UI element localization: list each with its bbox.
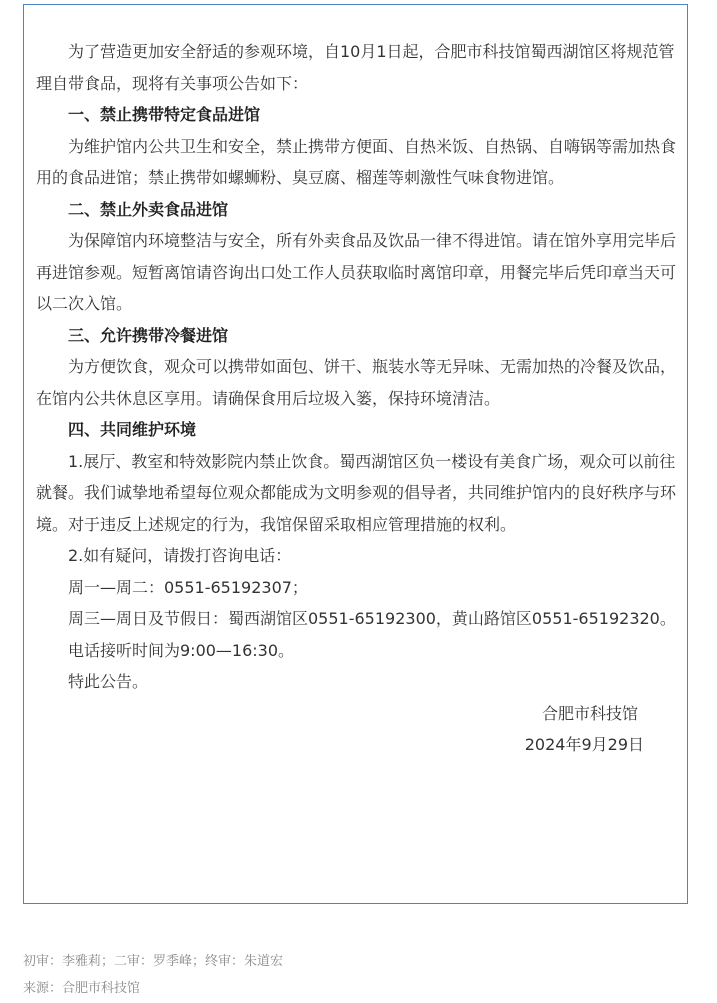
contact-weekday-phone: 周一—周二：0551-65192307；: [36, 572, 678, 604]
article-footer: 初审：李雅莉；二审：罗季峰；终审：朱道宏 来源：合肥市科技馆: [23, 948, 283, 1002]
section-body-3: 为方便饮食，观众可以携带如面包、饼干、瓶装水等无异味、无需加热的冷餐及饮品，在馆…: [36, 351, 678, 414]
notice-content: 为了营造更加安全舒适的参观环境，自10月1日起，合肥市科技馆蜀西湖馆区将规范管理…: [36, 36, 678, 761]
closing-line: 特此公告。: [36, 666, 678, 698]
contact-weekend-phone: 周三—周日及节假日：蜀西湖馆区0551-65192300，黄山路馆区0551-6…: [36, 603, 678, 635]
contact-intro: 2.如有疑问，请拨打咨询电话：: [36, 540, 678, 572]
section-body-4: 1.展厅、教室和特效影院内禁止饮食。蜀西湖馆区负一楼设有美食广场，观众可以前往就…: [36, 446, 678, 541]
section-heading-4: 四、共同维护环境: [36, 414, 678, 446]
section-heading-3: 三、允许携带冷餐进馆: [36, 320, 678, 352]
signature-date: 2024年9月29日: [36, 729, 678, 761]
signature-org: 合肥市科技馆: [36, 698, 678, 730]
section-body-2: 为保障馆内环境整洁与安全，所有外卖食品及饮品一律不得进馆。请在馆外享用完毕后再进…: [36, 225, 678, 320]
contact-hours: 电话接听时间为9:00—16:30。: [36, 635, 678, 667]
source-line: 来源：合肥市科技馆: [23, 975, 283, 1002]
section-body-1: 为维护馆内公共卫生和安全，禁止携带方便面、自热米饭、自热锅、自嗨锅等需加热食用的…: [36, 131, 678, 194]
reviewers-line: 初审：李雅莉；二审：罗季峰；终审：朱道宏: [23, 948, 283, 975]
section-heading-2: 二、禁止外卖食品进馆: [36, 194, 678, 226]
intro-paragraph: 为了营造更加安全舒适的参观环境，自10月1日起，合肥市科技馆蜀西湖馆区将规范管理…: [36, 36, 678, 99]
section-heading-1: 一、禁止携带特定食品进馆: [36, 99, 678, 131]
notice-box: 为了营造更加安全舒适的参观环境，自10月1日起，合肥市科技馆蜀西湖馆区将规范管理…: [23, 4, 688, 904]
